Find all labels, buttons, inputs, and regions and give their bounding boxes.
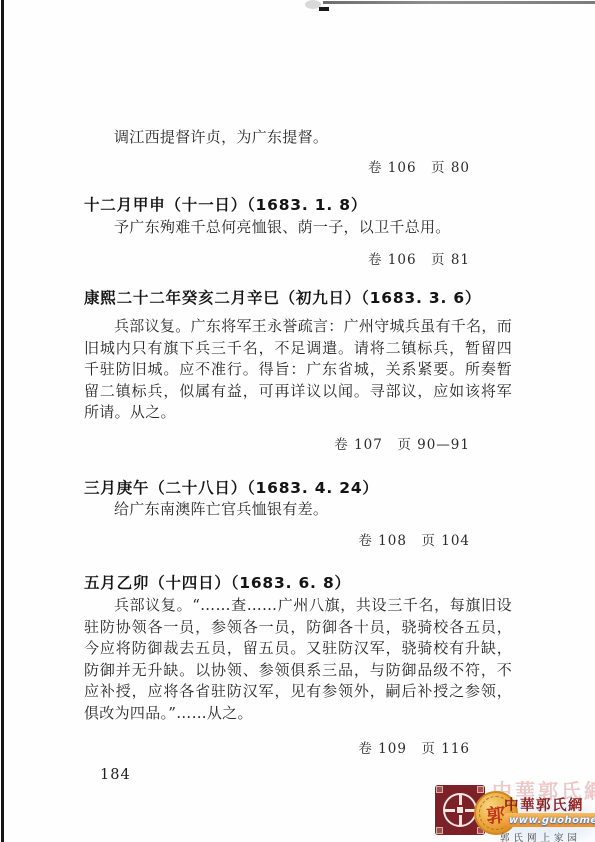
seal-center-icon [455,805,465,815]
entry-body-text: 予广东殉难千总何亮恤银、荫一子，以卫千总用。 [84,217,512,239]
watermark-tagline: 郭氏网上家园 [500,830,581,842]
entry-citation: 卷 109 页 116 [84,740,512,758]
scanned-book-page: 调江西提督许贞，为广东提督。 卷 106 页 80 十二月甲申（十一日）（168… [0,0,595,842]
entry-citation: 卷 106 页 81 [84,251,512,269]
record-entry: 十二月甲申（十一日）（1683. 1. 8） 予广东殉难千总何亮恤银、荫一子，以… [84,195,512,270]
seal-corner-ornament [436,827,443,834]
entry-citation: 卷 108 页 104 [84,532,512,550]
entry-body-text: 给广东南澳阵亡官兵恤银有差。 [84,499,512,521]
scan-top-streak [323,1,595,4]
page-text-column: 调江西提督许贞，为广东提督。 卷 106 页 80 十二月甲申（十一日）（168… [84,127,512,786]
watermark-site-title: 中華郭氏網 [504,794,584,815]
record-entry: 五月乙卯（十四日）（1683. 6. 8） 兵部议复。“……查……广州八旗，共设… [84,573,512,758]
entry-date-heading: 三月庚午（二十八日）（1683. 4. 24） [84,478,512,499]
entry-body-text: 调江西提督许贞，为广东提督。 [84,127,512,149]
seal-corner-ornament [477,786,484,793]
guohome-watermark: 郭 中華郭氏網 中華郭氏網 www.guohome.org 郭氏网上家园 [430,772,595,842]
entry-citation: 卷 107 页 90—91 [84,436,512,454]
entry-body-text: 兵部议复。广东将军王永誉疏言：广州守城兵虽有千名，而旧城内只有旗下兵三千名，不足… [84,316,512,424]
entry-date-heading: 十二月甲申（十一日）（1683. 1. 8） [84,195,512,216]
entry-citation: 卷 106 页 80 [84,159,512,177]
entry-date-heading: 五月乙卯（十四日）（1683. 6. 8） [84,573,512,594]
scan-left-edge-line [1,0,4,842]
record-entry: 康熙二十二年癸亥二月辛巳（初九日）（1683. 3. 6） 兵部议复。广东将军王… [84,288,512,454]
record-entry: 调江西提督许贞，为广东提督。 卷 106 页 80 [84,127,512,177]
entry-body-text: 兵部议复。“……查……广州八旗，共设三千名，每旗旧设驻防协领各一员，参领各一员，… [84,595,512,724]
scan-dash-mark [319,7,329,11]
entry-date-heading: 康熙二十二年癸亥二月辛巳（初九日）（1683. 3. 6） [84,288,512,309]
seal-corner-ornament [436,786,443,793]
watermark-site-url: www.guohome.org [502,813,595,827]
record-entry: 三月庚午（二十八日）（1683. 4. 24） 给广东南澳阵亡官兵恤银有差。 卷… [84,478,512,551]
